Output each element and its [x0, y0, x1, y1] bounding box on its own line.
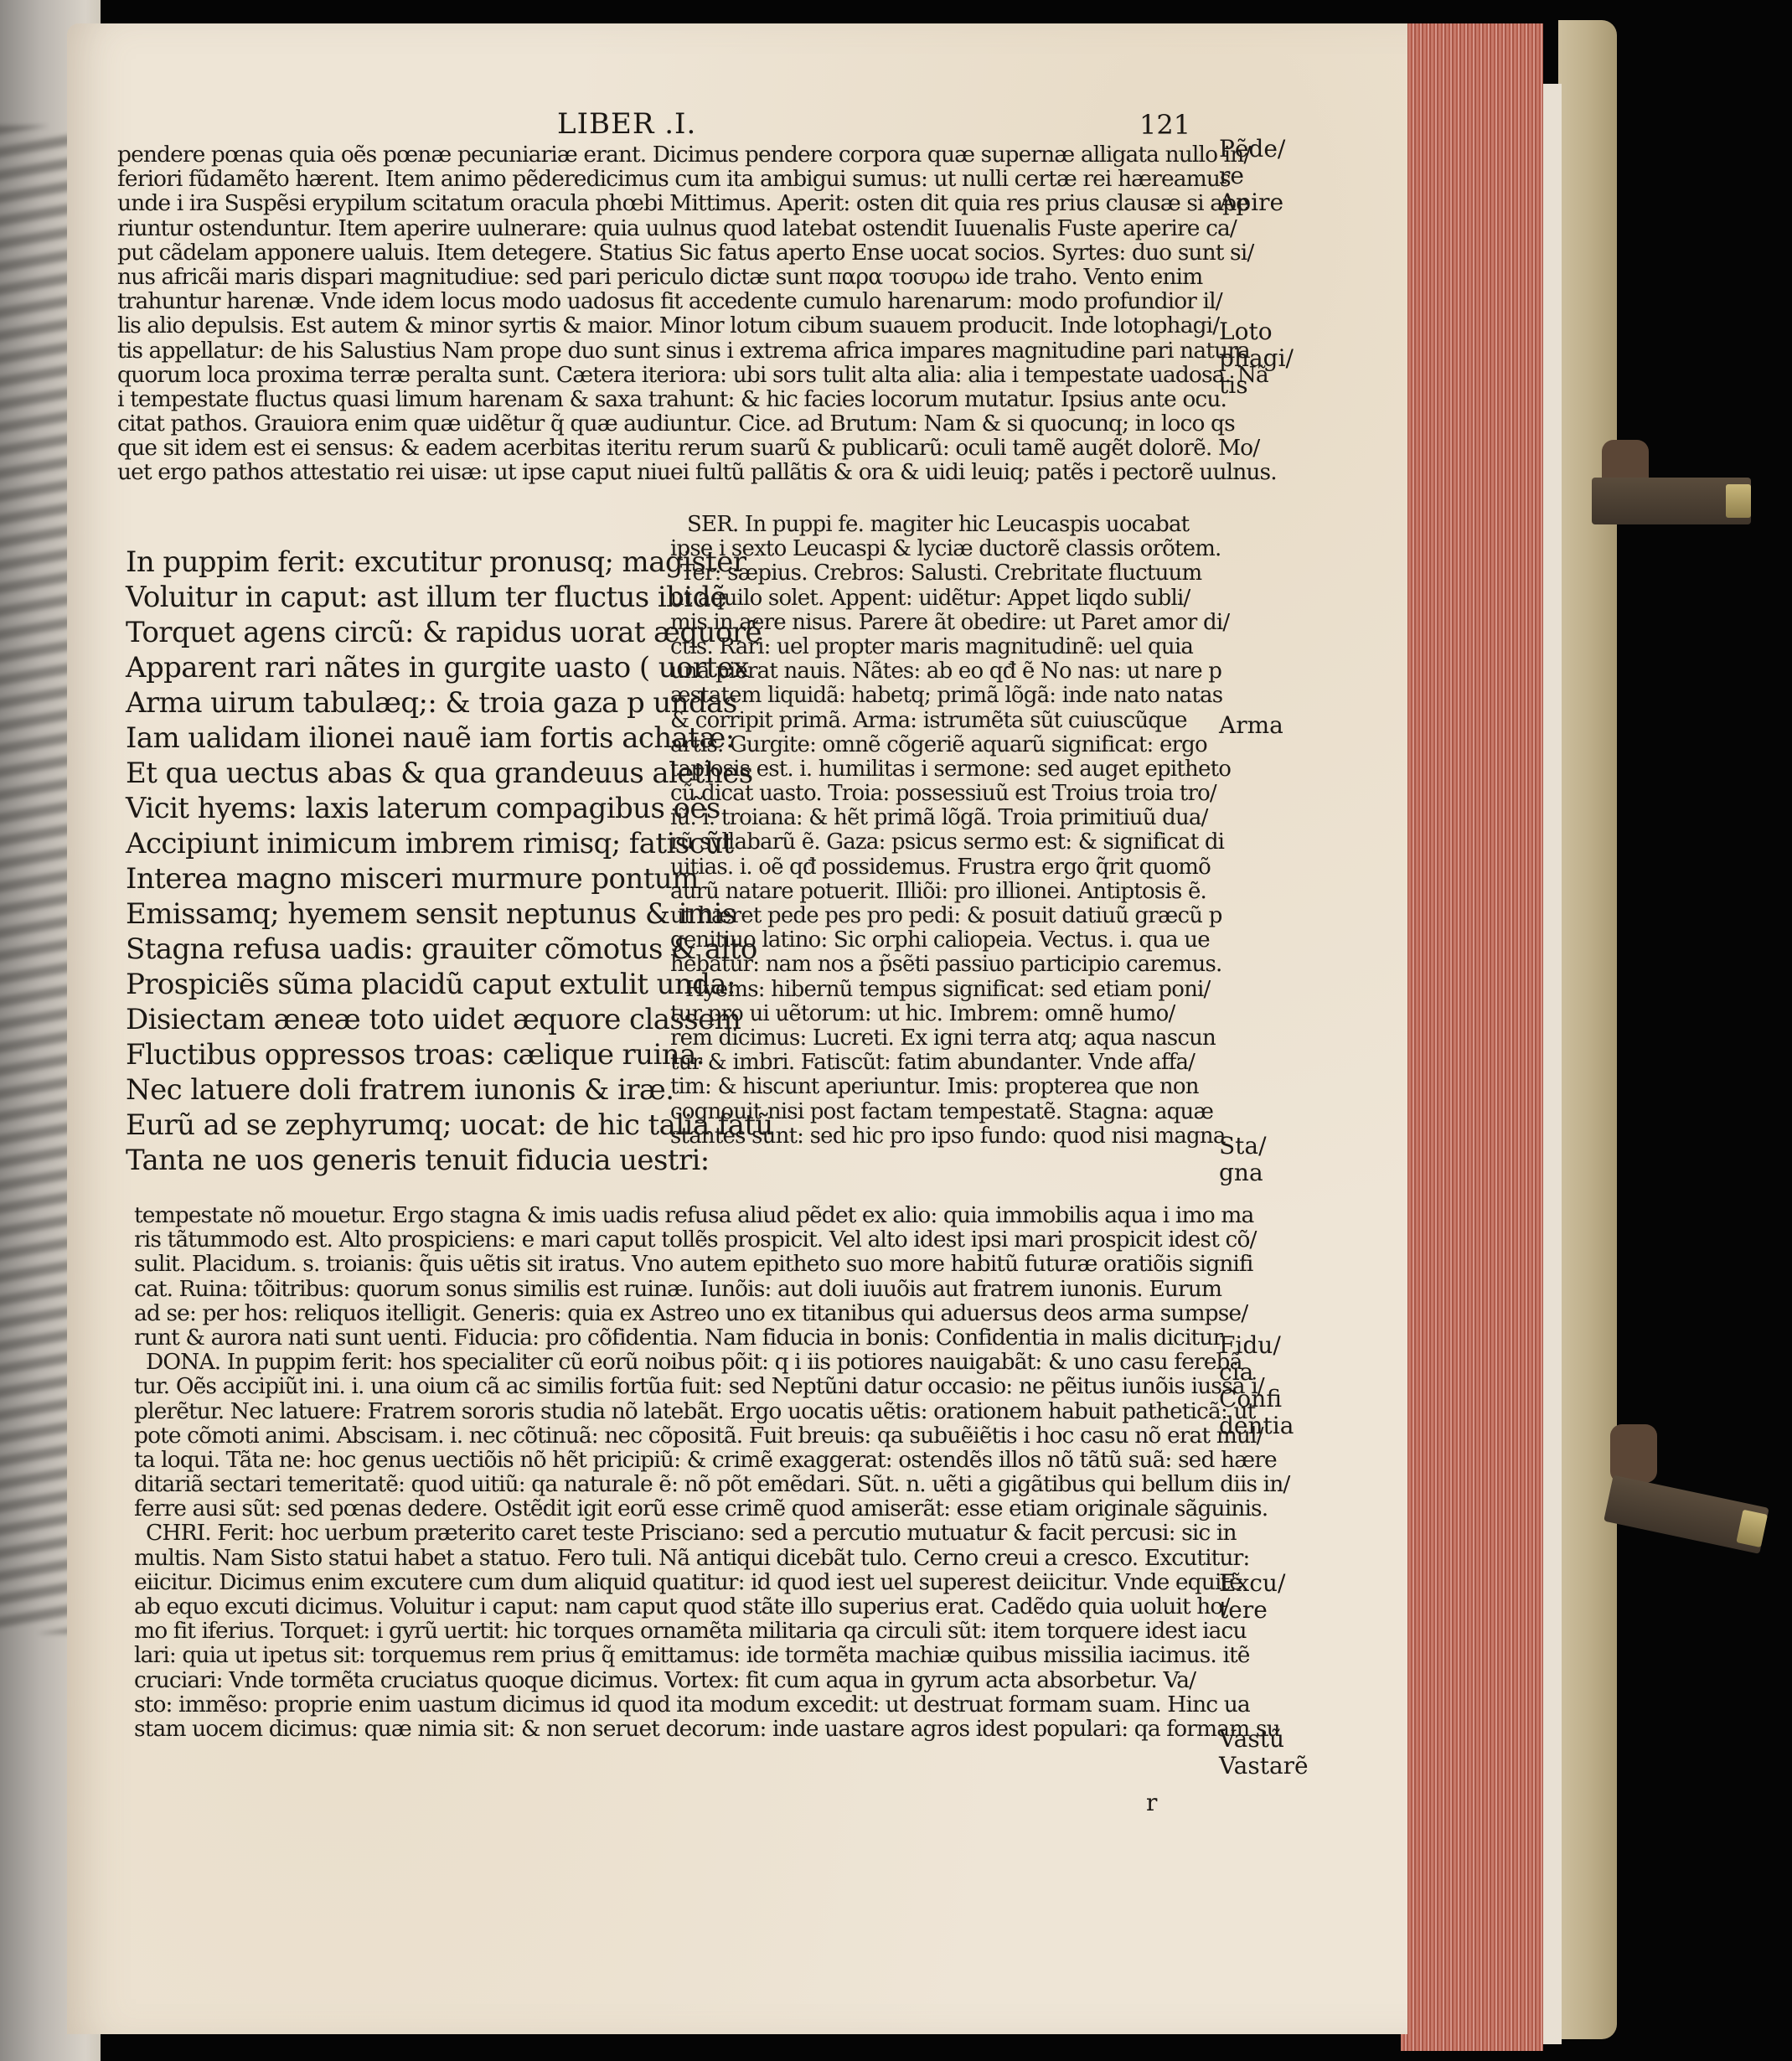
margin-note-line: Arma [1219, 712, 1283, 739]
text-line: & corripit primã. Arma: istrumẽta sũt cu… [670, 709, 1223, 733]
text-line: genitiuo latino: Sic orphi caliopeia. Ve… [670, 928, 1223, 953]
verse-line: Arma uirum tabulæq;: & troia gaza p unda… [126, 685, 662, 721]
text-line: tempestate nõ mouetur. Ergo stagna & imi… [134, 1203, 1223, 1227]
text-line: ab equo excuti dicimus. Voluitur i caput… [134, 1594, 1223, 1619]
text-line: æstatem liquidã: habetq; primã lõgã: ind… [670, 684, 1223, 708]
clasp-brass-tip [1736, 1510, 1768, 1547]
text-line: rũ syllabarũ ẽ. Gaza: psicus sermo est: … [670, 830, 1223, 855]
margin-note-lotophagis: Loto phagi/ tis [1219, 318, 1294, 399]
text-line: nus africãi maris dispari magnitudiue: s… [117, 265, 1223, 289]
margin-note-vastum: Vastũ Vastarẽ [1219, 1726, 1309, 1779]
text-line: que sit idem est ei sensus: & eadem acer… [117, 436, 1223, 460]
text-line: put cãdelam apponere ualuis. Item detege… [117, 240, 1223, 265]
verse-line: Tanta ne uos generis tenuit fiducia uest… [126, 1143, 662, 1178]
margin-note-confidentia: Confi dentia [1219, 1386, 1294, 1439]
text-line: uitias. i. oẽ qđ possidemus. Frustra erg… [670, 855, 1223, 880]
text-line: citat pathos. Grauiora enim quæ uidẽtur … [117, 411, 1223, 436]
text-line: artis. Gurgite: omnẽ cõgeriẽ aquarũ sign… [670, 733, 1223, 757]
verse-line: Et qua uectus abas & qua grandeuus aleth… [126, 756, 662, 791]
text-line: ut hæret pede pes pro pedi: & posuit dat… [670, 904, 1223, 928]
verse-line: Voluitur in caput: ast illum ter fluctus… [126, 580, 662, 615]
text-line: aurũ natare potuerit. Illiõi: pro illion… [670, 880, 1223, 904]
verse-line: Stagna refusa uadis: grauiter cõmotus & … [126, 932, 662, 967]
margin-note-line: dentia [1219, 1413, 1294, 1439]
text-line: lari: quia ut ipetus sit: torquemus rem … [134, 1643, 1223, 1667]
clasp-brass-tip [1726, 484, 1751, 518]
text-line: ta loqui. Tãta ne: hoc genus uectiõis nõ… [134, 1448, 1223, 1472]
margin-note-stagna: Sta/ gna [1219, 1133, 1267, 1186]
bottom-commentary-block: tempestate nõ mouetur. Ergo stagna & imi… [134, 1203, 1223, 1741]
margin-note-line: Apire [1219, 189, 1283, 216]
text-line: ctis. Rari: uel propter maris magnitudin… [670, 635, 1223, 659]
text-line: eiicitur. Dicimus enim excutere cum dum … [134, 1570, 1223, 1594]
verse-text-block: In puppim ferit: excutitur pronusq; magi… [126, 545, 662, 1178]
text-line: multis. Nam Sisto statui habet a statuo.… [134, 1546, 1223, 1570]
margin-note-excutere: Excu/ tere [1219, 1570, 1285, 1624]
text-line: SER. In puppi fe. magiter hic Leucaspis … [670, 513, 1223, 537]
text-line: ferre ausi sũt: sed pœnas dedere. Ostẽdi… [134, 1496, 1223, 1521]
text-line: una pierat nauis. Nãtes: ab eo qđ ẽ No n… [670, 659, 1223, 684]
text-line: DONA. In puppim ferit: hos specialiter c… [134, 1350, 1223, 1374]
text-line: ipse i sexto Leucaspi & lyciæ ductorẽ cl… [670, 537, 1223, 561]
text-line: sulit. Placidum. s. troianis: q̃uis uẽti… [134, 1252, 1223, 1276]
margin-note-line: Confi [1219, 1386, 1294, 1413]
text-line: ut aquilo solet. Appent: uidẽtur: Appet … [670, 586, 1223, 611]
text-line: tur pro ui uẽtorum: ut hic. Imbrem: omnẽ… [670, 1002, 1223, 1026]
margin-note-line: Loto [1219, 318, 1294, 345]
text-line: unde i ira Suspẽsi erypilum scitatum ora… [117, 191, 1223, 215]
text-line: rem dicimus: Lucreti. Ex igni terra atq;… [670, 1026, 1223, 1051]
verse-line: Apparent rari nãtes in gurgite uasto ( u… [126, 650, 662, 685]
text-line: tim: & hiscunt aperiuntur. Imis: propter… [670, 1075, 1223, 1099]
margin-note-line: Sta/ [1219, 1133, 1267, 1160]
text-line: riuntur ostenduntur. Item aperire uulner… [117, 216, 1223, 240]
text-line: stam uocem dicimus: quæ nimia sit: & non… [134, 1717, 1223, 1741]
text-line: tur. Oẽs accipiũt ini. i. una oium cã ac… [134, 1374, 1223, 1398]
margin-note-line: Fidu/ [1219, 1332, 1281, 1359]
text-line: cruciari: Vnde tormẽta cruciatus quoque … [134, 1668, 1223, 1692]
text-line: CHRI. Ferit: hoc uerbum præterito caret … [134, 1521, 1223, 1545]
text-line: i tempestate fluctus quasi limum harenam… [117, 387, 1223, 411]
margin-note-line: tere [1219, 1597, 1285, 1624]
clasp-strap-top [1592, 478, 1751, 524]
margin-note-line: Vastũ [1219, 1726, 1309, 1753]
folio-number: 121 [1139, 109, 1190, 141]
verse-line: Nec latuere doli fratrem iunonis & iræ. [126, 1072, 662, 1108]
text-line: tapiosis est. i. humilitas i sermone: se… [670, 757, 1223, 782]
text-line: runt & aurora nati sunt uenti. Fiducia: … [134, 1325, 1223, 1350]
margin-note-line: tis [1219, 372, 1294, 399]
text-line: pote cõmoti animi. Abscisam. i. nec cõti… [134, 1423, 1223, 1448]
text-line: plerẽtur. Nec latuere: Fratrem sororis s… [134, 1399, 1223, 1423]
margin-note-line: Excu/ [1219, 1570, 1285, 1597]
clasp-strap-bottom [1604, 1475, 1769, 1554]
vellum-binding [1558, 20, 1617, 2039]
verse-line: Vicit hyems: laxis laterum compagibus oẽ… [126, 791, 662, 826]
clasp-knob-bottom [1610, 1424, 1657, 1483]
text-line: Hyems: hibernũ tempus significat: sed et… [670, 978, 1223, 1002]
text-line: Ter: sæpius. Crebros: Salusti. Crebritat… [670, 561, 1223, 586]
text-line: feriori fũdamẽto hærent. Item animo pẽde… [117, 167, 1223, 191]
verse-line: Torquet agens circũ: & rapidus uorat æqu… [126, 615, 662, 650]
text-line: tur & imbri. Fatiscũt: fatim abundanter.… [670, 1051, 1223, 1075]
text-line: quorum loca proxima terræ peralta sunt. … [117, 363, 1223, 387]
text-line: uet ergo pathos attestatio rei uisæ: ut … [117, 460, 1223, 484]
verse-line: Disiectam æneæ toto uidet æquore classem [126, 1002, 662, 1037]
running-head: LIBER .I. [557, 107, 696, 141]
text-line: cat. Ruina: tõitribus: quorum sonus simi… [134, 1277, 1223, 1301]
verse-line: Interea magno misceri murmure pontum [126, 861, 662, 896]
text-line: pendere pœnas quia oẽs pœnæ pecuniariæ e… [117, 142, 1223, 167]
margin-note-line: phagi/ [1219, 345, 1294, 372]
margin-note-line: Pẽde/ [1219, 136, 1285, 163]
text-line: mis in aere nisus. Parere ãt obedire: ut… [670, 611, 1223, 635]
margin-note-fiducia: Fidu/ cia [1219, 1332, 1281, 1386]
red-fore-edge [1401, 23, 1543, 2051]
margin-note-line: cia [1219, 1359, 1281, 1386]
verse-line: Accipiunt inimicum imbrem rimisq; fatisc… [126, 826, 662, 861]
margin-note-aperire: Apire [1219, 189, 1283, 216]
verse-line: In puppim ferit: excutitur pronusq; magi… [126, 545, 662, 580]
signature-mark: r [1146, 1789, 1157, 1816]
margin-note-pendere: Pẽde/ re [1219, 136, 1285, 189]
text-line: cognouit nisi post factam tempestatẽ. St… [670, 1100, 1223, 1124]
text-line: ris tãtummodo est. Alto prospiciens: e m… [134, 1227, 1223, 1252]
margin-note-line: re [1219, 163, 1285, 189]
text-line: iũ. i. troiana: & hẽt primã lõgã. Troia … [670, 806, 1223, 830]
text-line: tis appellatur: de his Salustius Nam pro… [117, 338, 1223, 363]
margin-note-line: gna [1219, 1160, 1267, 1186]
margin-note-arma: Arma [1219, 712, 1283, 739]
verse-line: Emissamq; hyemem sensit neptunus & imis [126, 896, 662, 932]
margin-note-line: Vastarẽ [1219, 1753, 1309, 1779]
verse-line: Iam ualidam ilionei nauẽ iam fortis acha… [126, 721, 662, 756]
side-commentary-block: SER. In puppi fe. magiter hic Leucaspis … [670, 513, 1223, 1149]
text-line: lis alio depulsis. Est autem & minor syr… [117, 313, 1223, 338]
text-line: ad se: per hos: reliquos itelligit. Gene… [134, 1301, 1223, 1325]
verse-line: Eurũ ad se zephyrumq; uocat: de hic tali… [126, 1108, 662, 1143]
text-line: mo fit iferius. Torquet: i gyrũ uertit: … [134, 1619, 1223, 1643]
text-line: sto: immẽso: proprie enim uastum dicimus… [134, 1692, 1223, 1717]
text-line: stantes sunt: sed hic pro ipso fundo: qu… [670, 1124, 1223, 1149]
verse-line: Prospiciẽs sũma placidũ caput extulit un… [126, 967, 662, 1002]
text-line: cũ dicat uasto. Troia: possessiuũ est Tr… [670, 782, 1223, 806]
text-line: hebatur: nam nos a p̃sẽti passiuo partic… [670, 953, 1223, 977]
top-commentary-block: pendere pœnas quia oẽs pœnæ pecuniariæ e… [117, 142, 1223, 485]
verse-line: Fluctibus oppressos troas: cælique ruina… [126, 1037, 662, 1072]
text-line: trahuntur harenæ. Vnde idem locus modo u… [117, 289, 1223, 313]
text-line: ditariã sectari temeritatẽ: quod uitiũ: … [134, 1472, 1223, 1496]
page-block-edge [1543, 84, 1562, 2044]
